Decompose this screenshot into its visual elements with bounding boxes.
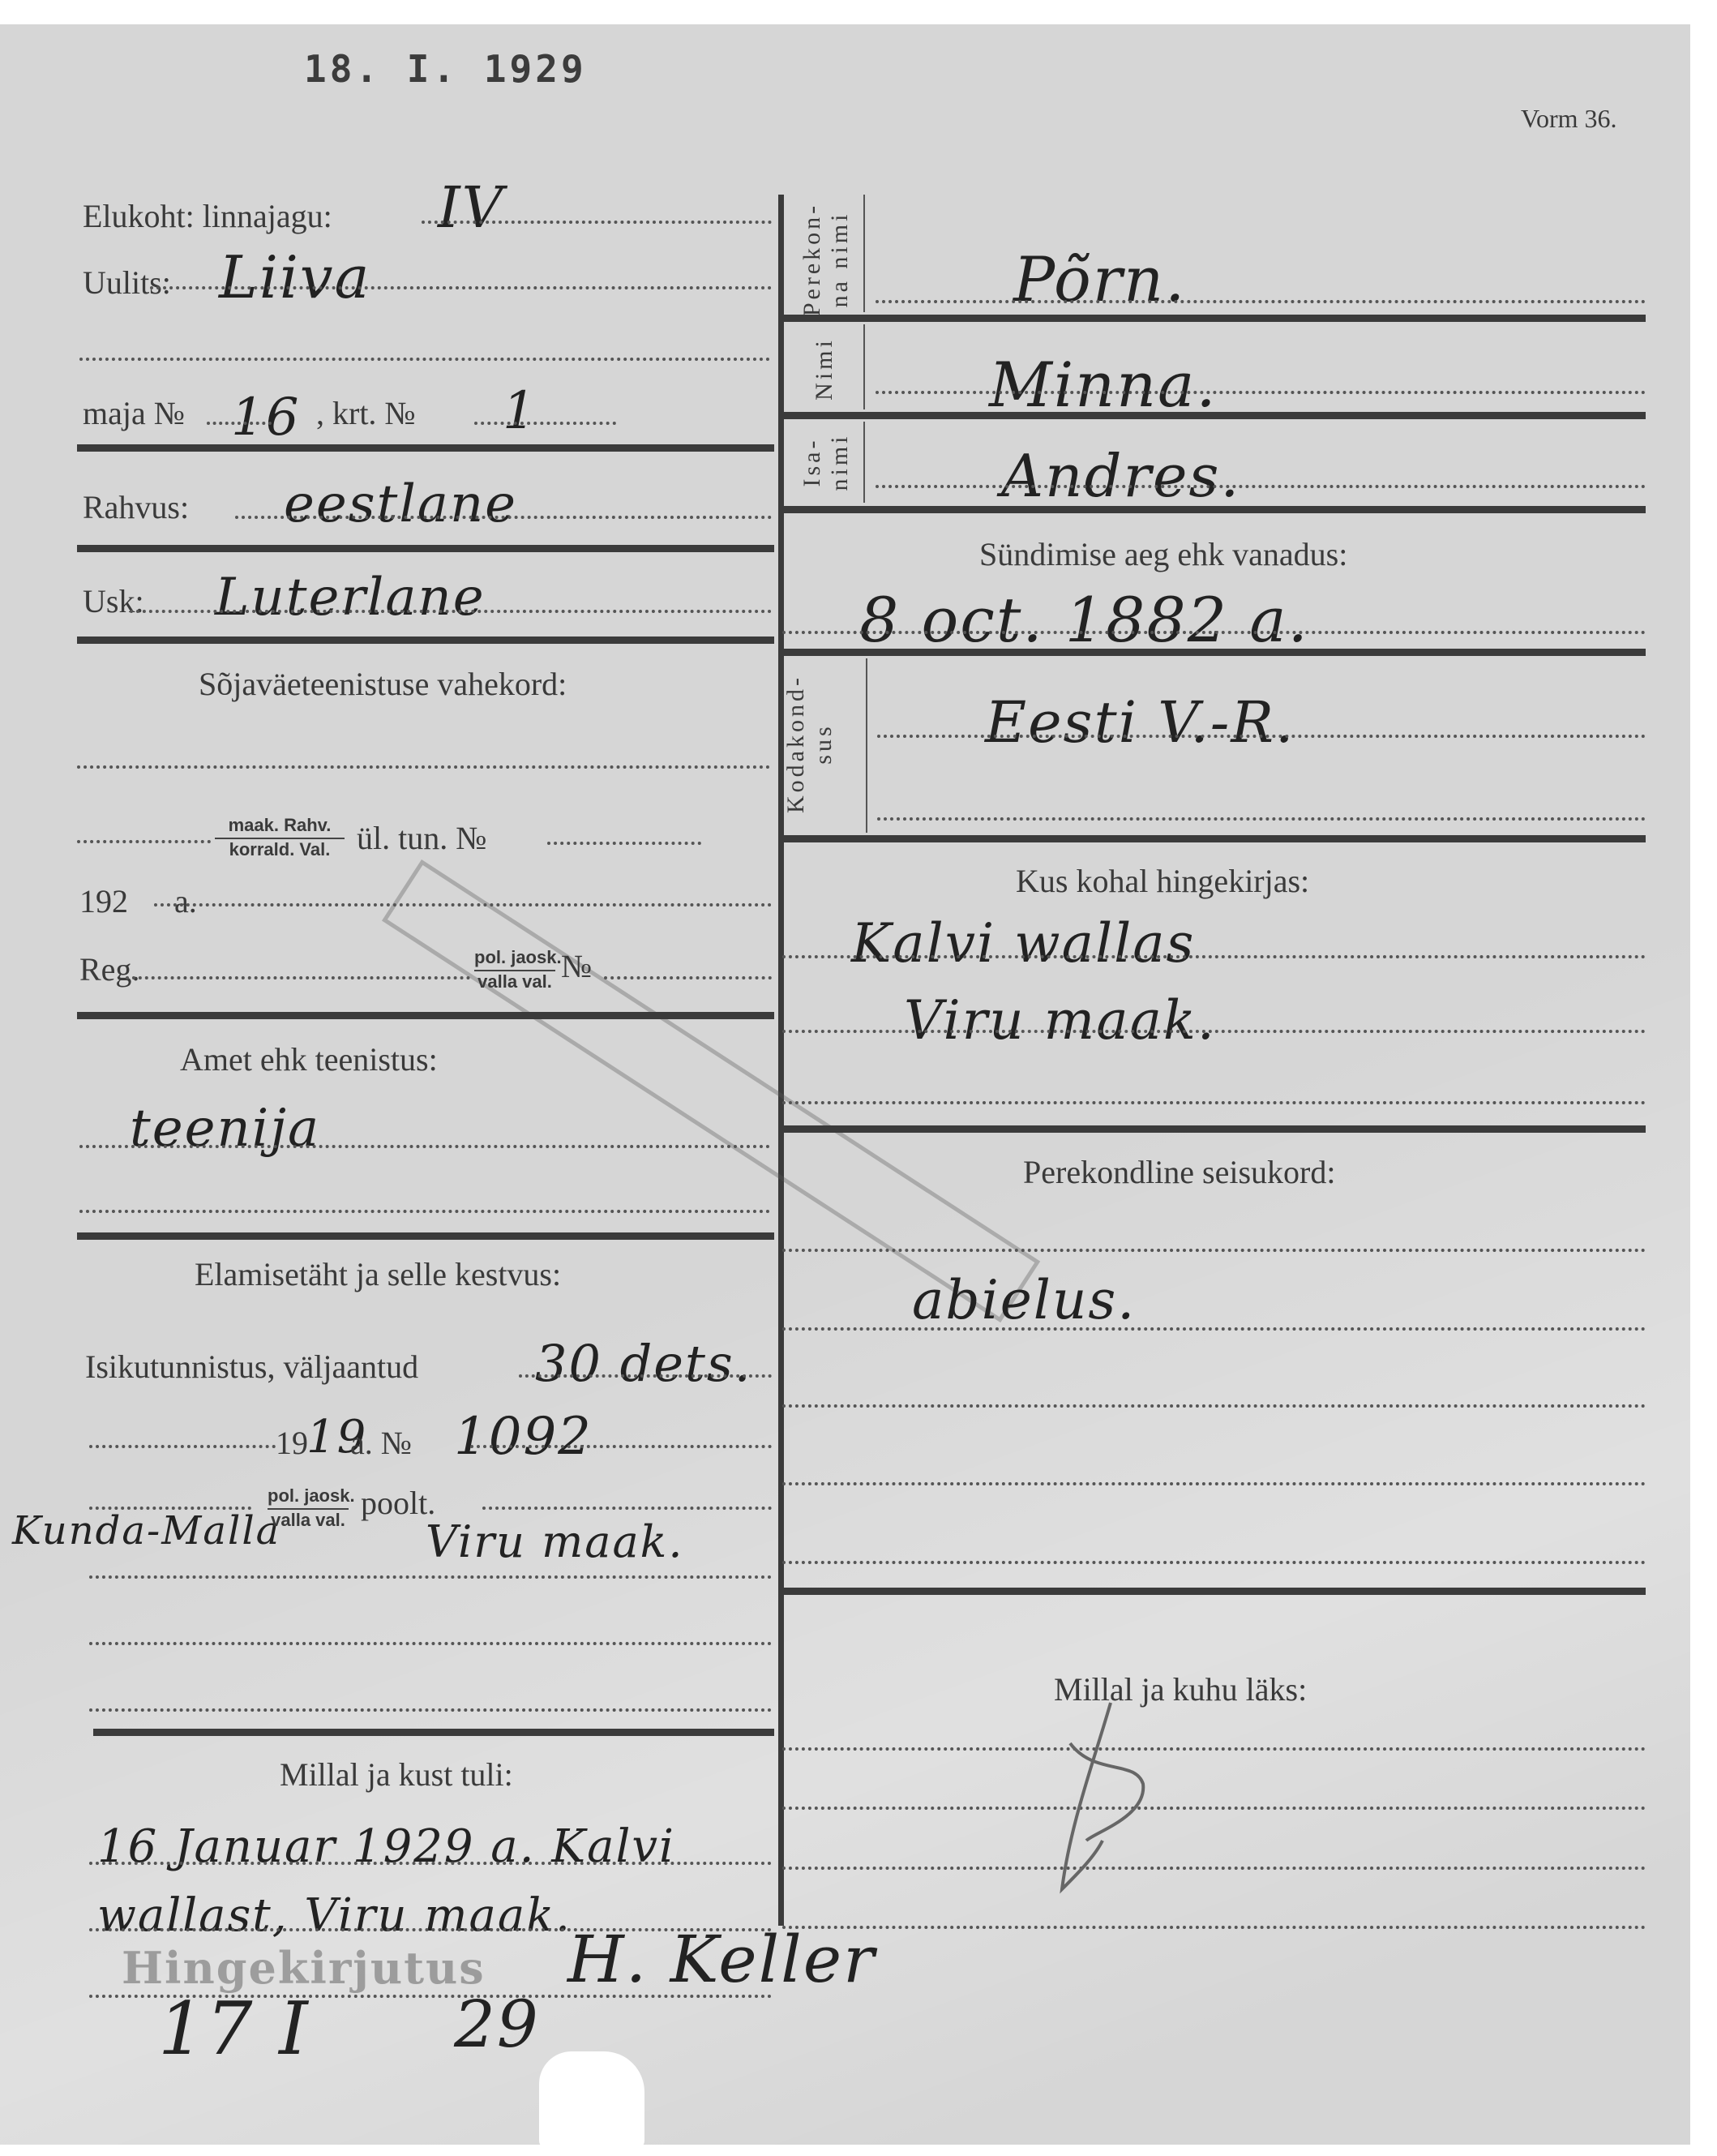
- pencil-scribble-mark: [973, 1695, 1167, 1905]
- fraction-bottom: valla val.: [477, 971, 552, 992]
- elamisetaht-line-2: [89, 1642, 772, 1645]
- arrival-line-2[interactable]: wallast, Viru maak.: [97, 1889, 572, 1942]
- family-dotted-5: [782, 1561, 1646, 1564]
- kodakondsus-line-2: [877, 817, 1646, 821]
- krt-value[interactable]: 1: [503, 381, 537, 441]
- section-divider: [782, 506, 1646, 513]
- poolt-label: poolt.: [361, 1484, 435, 1522]
- family-dotted-4: [782, 1482, 1646, 1485]
- maja-label: maja №: [83, 394, 185, 432]
- departure-dotted-2: [782, 1807, 1646, 1810]
- kodakondsus-label: Kodakond- sus: [782, 661, 837, 827]
- label-line: Nimi: [811, 337, 837, 401]
- label-line: Isa-: [799, 438, 825, 487]
- fraction-maak-korrald: maak. Rahv. korrald. Val.: [215, 815, 345, 860]
- hingekiri-dotted-3: [782, 1101, 1646, 1104]
- year-line: [154, 903, 772, 907]
- reg-number-line: [604, 976, 772, 979]
- family-value[interactable]: abielus.: [912, 1269, 1136, 1331]
- fraction-pol-valla: pol. jaosk. valla val.: [268, 1485, 349, 1531]
- elamisetaht-line-3: [89, 1708, 772, 1712]
- section-divider: [77, 545, 774, 552]
- usk-line: [130, 610, 772, 613]
- label-line: Perekon-: [799, 203, 825, 316]
- label-column-divider: [863, 195, 865, 312]
- amet-line-2: [79, 1210, 770, 1213]
- year-prefix-line: [89, 1445, 276, 1448]
- year-label: 192: [79, 882, 128, 920]
- arrival-note-2: 29: [454, 1987, 540, 2062]
- amet-heading: Amet ehk teenistus:: [180, 1040, 438, 1078]
- issued-date-line: [519, 1374, 772, 1378]
- elukoht-label: Elukoht: linnajagu:: [83, 197, 332, 235]
- section-divider: [77, 444, 774, 452]
- military-line-2b: [547, 842, 701, 845]
- issuer-line: [89, 1507, 251, 1510]
- arrival-heading: Millal ja kust tuli:: [280, 1755, 513, 1794]
- section-divider: [782, 1588, 1646, 1595]
- section-divider: [77, 1012, 774, 1019]
- elukoht-line: [422, 221, 772, 224]
- elukoht-value[interactable]: IV: [438, 174, 504, 241]
- label-line: na nimi: [826, 212, 853, 308]
- military-line-2a: [77, 840, 211, 843]
- perekonnanimi-value[interactable]: Põrn.: [1013, 243, 1186, 315]
- isikutunnistus-number-label: a. №: [350, 1424, 412, 1462]
- isanimi-value[interactable]: Andres.: [1001, 442, 1240, 510]
- isikutunnistus-number-value[interactable]: 1092: [454, 1407, 593, 1467]
- poolt-line: [482, 1507, 772, 1510]
- section-divider: [782, 412, 1646, 419]
- year-suffix: a.: [174, 882, 197, 920]
- section-divider: [782, 835, 1646, 842]
- section-divider: [77, 637, 774, 644]
- issuer-value[interactable]: Kunda-Malla: [12, 1508, 280, 1554]
- isikutunnistus-year-prefix: 19: [276, 1424, 308, 1462]
- label-column-divider: [863, 324, 865, 409]
- number-line: [470, 1445, 772, 1448]
- family-dotted-2: [782, 1327, 1646, 1331]
- family-heading: Perekondline seisukord:: [1023, 1153, 1336, 1191]
- birth-value[interactable]: 8 oct. 1882 a.: [859, 584, 1309, 656]
- center-divider: [778, 195, 784, 1926]
- isanimi-line: [876, 485, 1646, 488]
- arrival-note-date: 17 I: [158, 1987, 310, 2072]
- hingekiri-heading: Kus kohal hingekirjas:: [1016, 862, 1309, 900]
- departure-dotted-4: [782, 1926, 1646, 1929]
- reg-label: Reg.: [79, 950, 139, 988]
- hingekiri-dotted-2: [782, 1030, 1646, 1033]
- date-stamp: 18. I. 1929: [304, 47, 587, 91]
- fraction-top: pol. jaosk.: [474, 947, 555, 971]
- perekonnanimi-line: [876, 300, 1646, 303]
- hingekiri-dotted-1: [782, 955, 1646, 958]
- section-divider: [782, 1125, 1646, 1133]
- birth-heading: Sündimise aeg ehk vanadus:: [979, 535, 1347, 573]
- departure-dotted-1: [782, 1747, 1646, 1751]
- elamisetaht-line-1: [89, 1575, 772, 1579]
- nimi-value[interactable]: Minna.: [989, 349, 1218, 421]
- label-line: nimi: [826, 434, 853, 491]
- maja-value[interactable]: 16: [231, 388, 300, 448]
- ul-tun-label: ül. tun. №: [357, 819, 486, 857]
- section-divider: [93, 1729, 774, 1736]
- hingekiri-line-1[interactable]: Kalvi wallas: [851, 912, 1195, 975]
- usk-value[interactable]: Luterlane: [215, 568, 486, 628]
- label-column-divider: [866, 658, 867, 833]
- label-line: sus: [810, 723, 837, 764]
- form-number: Vorm 36.: [1521, 104, 1617, 134]
- section-divider: [782, 315, 1646, 322]
- uulits-label: Uulits:: [83, 264, 171, 302]
- kodakondsus-value[interactable]: Eesti V.-R.: [985, 689, 1295, 756]
- family-dotted-1: [782, 1249, 1646, 1252]
- fraction-bottom: korrald. Val.: [229, 839, 331, 859]
- fraction-top: maak. Rahv.: [215, 815, 345, 839]
- arrival-line-1[interactable]: 16 Januar 1929 a. Kalvi: [97, 1820, 675, 1873]
- fraction-bottom: valla val.: [271, 1510, 345, 1530]
- amet-line-1: [79, 1145, 770, 1148]
- reg-line: [126, 976, 470, 979]
- krt-line: [474, 422, 616, 425]
- rahvus-label: Rahvus:: [83, 488, 189, 526]
- uulits-line: [150, 286, 772, 289]
- reg-number-label: №: [561, 947, 592, 985]
- label-line: Kodakond-: [782, 675, 809, 813]
- nimi-line: [876, 391, 1646, 394]
- issued-date-value[interactable]: 30 dets.: [535, 1334, 751, 1393]
- arrival-dotted-1: [89, 1862, 772, 1865]
- isikutunnistus-label: Isikutunnistus, väljaantud: [85, 1348, 418, 1386]
- fraction-pol-valla: pol. jaosk. valla val.: [474, 947, 555, 992]
- label-column-divider: [863, 422, 865, 503]
- birth-line: [782, 631, 1646, 634]
- kodakondsus-line-1: [877, 735, 1646, 738]
- section-divider: [77, 1232, 774, 1240]
- military-line-1: [77, 765, 770, 769]
- address-line-2: [79, 358, 770, 361]
- fraction-top: pol. jaosk.: [268, 1485, 349, 1510]
- isanimi-label: Isa- nimi: [799, 422, 854, 503]
- elamisetaht-heading: Elamisetäht ja selle kestvus:: [195, 1255, 561, 1293]
- uulits-value[interactable]: Liiva: [219, 243, 370, 311]
- rahvus-line: [235, 516, 772, 519]
- official-signature: H. Keller: [567, 1922, 876, 1997]
- military-heading: Sõjaväeteenistuse vahekord:: [199, 665, 567, 703]
- paper-tear: [539, 2051, 644, 2149]
- usk-label: Usk:: [83, 582, 144, 620]
- family-dotted-3: [782, 1404, 1646, 1408]
- hingekiri-line-2[interactable]: Viru maak.: [904, 989, 1216, 1052]
- krt-label: , krt. №: [316, 394, 416, 432]
- nimi-label: Nimi: [811, 328, 838, 409]
- amet-value[interactable]: teenija: [130, 1099, 320, 1159]
- section-divider: [782, 649, 1646, 656]
- rahvus-value[interactable]: eestlane: [284, 474, 517, 534]
- departure-dotted-3: [782, 1867, 1646, 1870]
- county-value[interactable]: Viru maak.: [426, 1516, 684, 1567]
- perekonnanimi-label: Perekon- na nimi: [799, 195, 854, 324]
- maja-line: [207, 422, 272, 425]
